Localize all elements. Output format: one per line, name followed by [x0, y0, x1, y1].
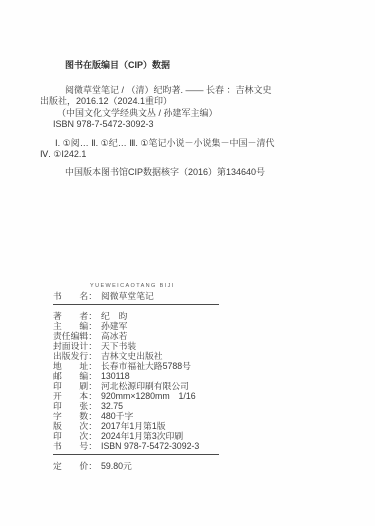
row-label: 书 名：: [53, 291, 97, 301]
row-value: 32.75: [101, 401, 123, 411]
colophon-row-price: 定 价：59.80元: [53, 461, 313, 471]
divider-line-top: [53, 304, 219, 305]
colophon-row-author: 著 者：纪 昀: [53, 311, 313, 321]
cip-entry: 阅微草堂笔记 / （清）纪昀著. —— 长春 ：吉林文史 出版社，2016.12…: [40, 85, 340, 131]
colophon-row-printer: 印 刷：河北松源印刷有限公司: [53, 381, 313, 391]
row-label: 印 次：: [53, 431, 97, 441]
row-value: 吉林文史出版社: [101, 351, 163, 361]
row-label: 责任编辑：: [53, 331, 97, 341]
cip-entry-line-2: 出版社，2016.12（2024.1重印）: [40, 96, 340, 108]
row-label: 印 刷：: [53, 381, 97, 391]
colophon-row-cover-design: 封面设计：天下书装: [53, 341, 313, 351]
colophon-row-postal-code: 邮 编：130118: [53, 371, 313, 381]
cip-series-line: （中国文化文学经典文丛 / 孙建军主编）: [57, 108, 340, 120]
colophon-row-printed-sheets: 印 张：32.75: [53, 401, 313, 411]
row-label: 邮 编：: [53, 371, 97, 381]
row-value: 阅微草堂笔记: [101, 291, 154, 301]
colophon-row-edition: 版 次：2017年1月第1版: [53, 421, 313, 431]
cip-classification-line-1: Ⅰ. ①阅… Ⅱ. ①纪… Ⅲ. ①笔记小说－小说集－中国－清代: [55, 138, 340, 150]
cip-record-number: 中国版本图书馆CIP数据核字（2016）第134640号: [65, 167, 340, 179]
cip-data-block: 图书在版编目（CIP）数据 阅微草堂笔记 / （清）纪昀著. —— 长春 ：吉林…: [40, 60, 340, 178]
colophon-row-editor-in-chief: 主 编：孙建军: [53, 321, 313, 331]
row-value: 480千字: [101, 411, 133, 421]
colophon-row-word-count: 字 数：480千字: [53, 411, 313, 421]
row-label: 开 本：: [53, 391, 97, 401]
row-label: 著 者：: [53, 311, 97, 321]
colophon-row-format: 开 本：920mm×1280mm 1/16: [53, 391, 313, 401]
row-label: 版 次：: [53, 421, 97, 431]
row-label: 封面设计：: [53, 341, 97, 351]
colophon-block: YUEWEICAOTANG BIJI 书 名：阅微草堂笔记 著 者：纪 昀 主 …: [53, 283, 313, 471]
colophon-rows: 著 者：纪 昀 主 编：孙建军 责任编辑：高冰若 封面设计：天下书装 出版发行：…: [53, 311, 313, 451]
colophon-row-book-title: 书 名：阅微草堂笔记: [53, 291, 313, 301]
row-label: 定 价：: [53, 461, 97, 471]
colophon-row-responsible-editor: 责任编辑：高冰若: [53, 331, 313, 341]
row-label: 主 编：: [53, 321, 97, 331]
row-label: 出版发行：: [53, 351, 97, 361]
row-value: ISBN 978-7-5472-3092-3: [101, 441, 199, 451]
colophon-row-publisher: 出版发行：吉林文史出版社: [53, 351, 313, 361]
colophon-row-isbn: 书 号：ISBN 978-7-5472-3092-3: [53, 441, 313, 451]
row-value: 河北松源印刷有限公司: [101, 381, 189, 391]
cip-classification: Ⅰ. ①阅… Ⅱ. ①纪… Ⅲ. ①笔记小说－小说集－中国－清代 Ⅳ. ①I24…: [40, 138, 340, 161]
row-value: 130118: [101, 371, 130, 381]
row-value: 920mm×1280mm 1/16: [101, 391, 196, 401]
book-title-pinyin: YUEWEICAOTANG BIJI: [90, 283, 313, 289]
colophon-row-print-run: 印 次：2024年1月第3次印刷: [53, 431, 313, 441]
row-value: 2024年1月第3次印刷: [101, 431, 183, 441]
cip-classification-line-2: Ⅳ. ①I242.1: [40, 149, 340, 161]
cip-title: 图书在版编目（CIP）数据: [65, 60, 340, 72]
row-label: 印 张：: [53, 401, 97, 411]
colophon-row-address: 地 址：长春市福祉大路5788号: [53, 361, 313, 371]
divider-line-bottom: [53, 454, 219, 455]
cip-isbn-line: ISBN 978-7-5472-3092-3: [53, 119, 340, 131]
row-value: 纪 昀: [101, 311, 127, 321]
row-value: 高冰若: [101, 331, 127, 341]
row-value: 59.80元: [101, 461, 132, 471]
row-value: 天下书装: [101, 341, 136, 351]
row-label: 地 址：: [53, 361, 97, 371]
row-value: 孙建军: [101, 321, 127, 331]
book-copyright-page: 图书在版编目（CIP）数据 阅微草堂笔记 / （清）纪昀著. —— 长春 ：吉林…: [0, 0, 375, 526]
row-value: 长春市福祉大路5788号: [101, 361, 191, 371]
cip-entry-line-1: 阅微草堂笔记 / （清）纪昀著. —— 长春 ：吉林文史: [65, 85, 340, 97]
row-value: 2017年1月第1版: [101, 421, 166, 431]
row-label: 字 数：: [53, 411, 97, 421]
row-label: 书 号：: [53, 441, 97, 451]
